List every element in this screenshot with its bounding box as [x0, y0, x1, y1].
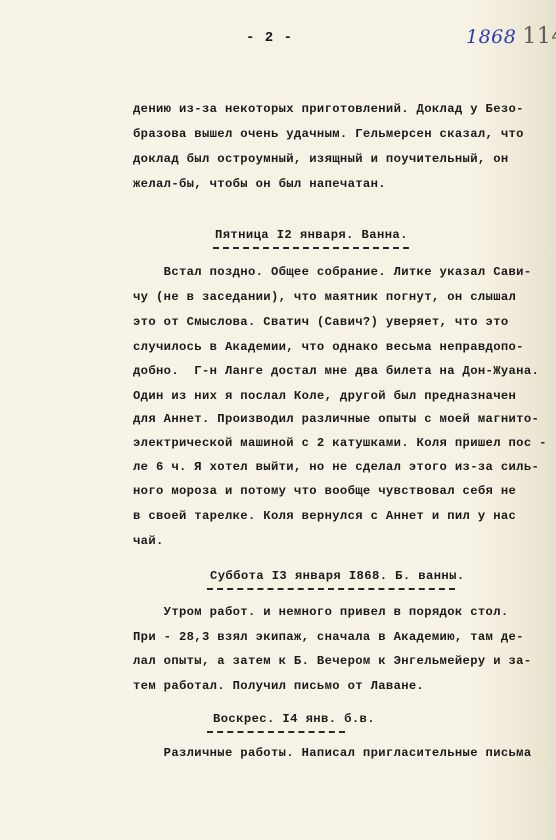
text-line: чу (не в заседании), что маятник погнут,… — [133, 290, 516, 304]
text-line: Один из них я послал Коле, другой был пр… — [133, 389, 516, 403]
text-line: доклад был остроумный, изящный и поучите… — [133, 152, 509, 166]
text-line: добно. Г-н Ланге достал мне два билета н… — [133, 364, 539, 378]
text-line: электрической машиной с 2 катушками. Кол… — [133, 436, 547, 450]
text-line: в своей тарелке. Коля вернулся с Аннет и… — [133, 509, 516, 523]
text-line: для Аннет. Производил различные опыты с … — [133, 412, 539, 426]
text-line: дению из-за некоторых приготовлений. Док… — [133, 102, 524, 116]
text-line: Встал поздно. Общее собрание. Литке указ… — [133, 265, 532, 279]
heading-underline — [207, 588, 455, 590]
entry-heading-sunday: Воскрес. I4 янв. б.в. — [213, 712, 375, 726]
text-line: случилось в Академии, что однако весьма … — [133, 340, 524, 354]
text-line: бразова вышел очень удачным. Гельмерсен … — [133, 127, 524, 141]
text-line: тем работал. Получил письмо от Лаване. — [133, 679, 424, 693]
text-line: ле 6 ч. Я хотел выйти, но не сделал этог… — [133, 460, 539, 474]
entry-heading-friday: Пятница I2 января. Ванна. — [215, 228, 408, 242]
archive-folio: 114 — [522, 24, 556, 49]
text-line: желал-бы, чтобы он был напечатан. — [133, 177, 386, 191]
heading-underline — [207, 731, 345, 733]
heading-underline — [213, 247, 409, 249]
text-line: Утром работ. и немного привел в порядок … — [133, 605, 509, 619]
text-line: Различные работы. Написал пригласительны… — [133, 746, 532, 760]
text-line: ного мороза и потому что вообще чувствов… — [133, 484, 516, 498]
archive-year: 1868 — [466, 26, 516, 48]
archive-handwritten-mark: 1868114 — [466, 24, 556, 49]
text-line: это от Смыслова. Сватич (Савич?) уверяет… — [133, 315, 509, 329]
document-page: - 2 - 1868114 дению из-за некоторых приг… — [0, 0, 556, 840]
text-line: лал опыты, а затем к Б. Вечером к Энгель… — [133, 654, 532, 668]
entry-heading-saturday: Суббота I3 января I868. Б. ванны. — [210, 569, 465, 583]
text-line: При - 28,3 взял экипаж, сначала в Академ… — [133, 630, 524, 644]
page-number: - 2 - — [246, 30, 293, 46]
text-line: чай. — [133, 534, 164, 548]
